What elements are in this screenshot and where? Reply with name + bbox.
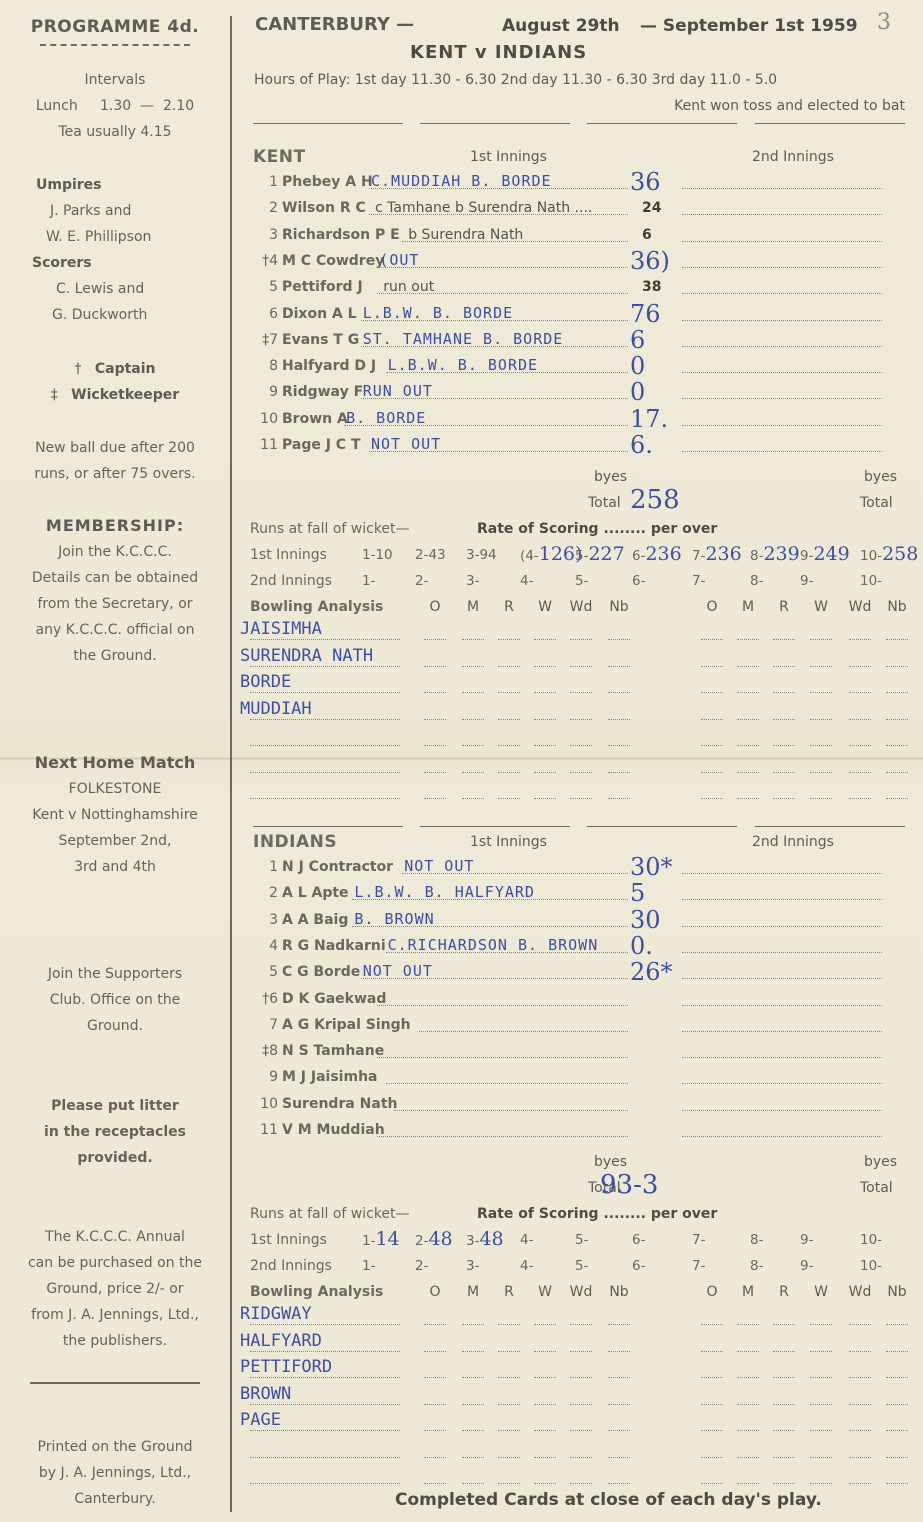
second-innings-dotted-line — [682, 1083, 882, 1084]
bowling-figure-blank — [462, 772, 484, 773]
umpire-1: J. Parks and — [36, 198, 230, 224]
second-innings-dotted-line — [682, 293, 882, 294]
rule — [253, 123, 403, 124]
runs-scored: 76 — [630, 300, 670, 328]
bowling-figure-blank — [534, 1351, 556, 1352]
batsman-name: M C Cowdrey — [282, 253, 384, 269]
dismissal: (OUT — [379, 251, 419, 269]
runs-scored: 6. — [630, 431, 670, 459]
fall-of-wicket: 4- — [520, 1258, 533, 1274]
bowling-column-header: W — [806, 1284, 836, 1300]
bowling-figure-blank — [886, 719, 908, 720]
text-line: FOLKESTONE — [0, 776, 230, 802]
fow-1st-label: 1st Innings — [250, 1232, 327, 1248]
fall-of-wicket: 10- — [860, 573, 882, 589]
bowling-figure-blank — [534, 1404, 556, 1405]
bowler-row: BORDE — [250, 678, 920, 704]
bowling-figure-blank — [886, 666, 908, 667]
annual-block: The K.C.C.C. Annualcan be purchased on t… — [0, 1224, 230, 1384]
bowling-figure-blank — [886, 1324, 908, 1325]
batting-position: 2 — [250, 200, 278, 216]
bowling-figure-blank — [424, 639, 446, 640]
dismissal: NOT OUT — [363, 962, 433, 980]
bowling-figure-blank — [570, 798, 592, 799]
batting-position: 10 — [250, 1096, 278, 1112]
bowling-figure-blank — [810, 666, 832, 667]
wicket-number: 10- — [860, 1232, 882, 1248]
bowling-figure-blank — [570, 1324, 592, 1325]
batsman-row: 3Richardson P Eb Surendra Nath6 — [250, 227, 920, 253]
bowling-figure-blank — [498, 639, 520, 640]
bowling-figure-blank — [534, 1430, 556, 1431]
batsman-row: 3A A BaigB. BROWN30 — [250, 912, 920, 938]
toss-result: Kent won toss and elected to bat — [674, 98, 905, 114]
bowling-figure-blank — [462, 745, 484, 746]
batsman-row: 6Dixon A LL.B.W. B. BORDE76 — [250, 306, 920, 332]
batsman-name: A G Kripal Singh — [282, 1017, 411, 1033]
text-line: the Ground. — [0, 643, 230, 669]
bowling-figure-blank — [498, 1324, 520, 1325]
batsman-name: Phebey A H — [282, 174, 373, 190]
bowling-figure-blank — [773, 1457, 795, 1458]
batsman-name: Ridgway F — [282, 384, 363, 400]
bowler-row — [250, 784, 920, 810]
wicketkeeper-symbol: ‡ — [51, 387, 58, 403]
batsman-row: †6D K Gaekwad — [250, 991, 920, 1017]
bowler-name-line — [250, 745, 400, 746]
membership-block: MEMBERSHIP: Join the K.C.C.C.Details can… — [0, 513, 230, 669]
rule — [253, 826, 403, 827]
fall-of-wicket: 7-236 — [692, 543, 742, 565]
bowling-figure-blank — [498, 1377, 520, 1378]
wicket-number: 5- — [575, 1232, 588, 1248]
second-innings-heading: 2nd Innings — [752, 149, 834, 165]
wicket-score: 43 — [428, 547, 445, 563]
fall-of-wicket: 2-43 — [415, 547, 446, 563]
batsman-row: ‡7Evans T GST. TAMHANE B. BORDE6 — [250, 332, 920, 358]
bowling-figure-blank — [701, 772, 723, 773]
second-innings-dotted-line — [682, 451, 882, 452]
bowling-figure-blank — [570, 772, 592, 773]
bowling-figure-blank — [498, 666, 520, 667]
bowling-figure-blank — [534, 719, 556, 720]
bowling-figure-blank — [810, 1324, 832, 1325]
fall-of-wicket: 6-236 — [632, 543, 682, 565]
wicket-score: 239 — [763, 543, 799, 565]
rule — [420, 826, 570, 827]
bowler-name-line — [250, 1351, 400, 1352]
bowling-figure-blank — [849, 772, 871, 773]
bowling-figure-blank — [498, 745, 520, 746]
bowling-figure-blank — [570, 1483, 592, 1484]
bowling-figure-blank — [462, 666, 484, 667]
runs-scored: 30* — [630, 853, 670, 881]
fall-of-wicket: 6- — [632, 1232, 645, 1248]
bowling-figure-blank — [608, 772, 630, 773]
text-line: any K.C.C.C. official on — [0, 617, 230, 643]
wicket-number: (4- — [520, 548, 539, 564]
bowling-figure-blank — [498, 719, 520, 720]
byes-label: byes — [594, 1154, 627, 1170]
innings-total: 258 — [630, 485, 680, 515]
bowling-column-header: M — [458, 1284, 488, 1300]
bowling-figure-blank — [608, 745, 630, 746]
bowling-figure-blank — [737, 719, 759, 720]
fall-of-wicket: 9-249 — [800, 543, 850, 565]
batsman-row: 8Halfyard D JL.B.W. B. BORDE0 — [250, 358, 920, 384]
batsman-row: 2A L ApteL.B.W. B. HALFYARD5 — [250, 885, 920, 911]
runs-scored: 6 — [642, 227, 682, 243]
bowling-figure-blank — [462, 1404, 484, 1405]
bowling-figure-blank — [849, 1483, 871, 1484]
fall-of-wicket: 5- — [575, 1232, 588, 1248]
bowling-figure-blank — [810, 798, 832, 799]
bowling-figure-blank — [424, 1483, 446, 1484]
wicket-number: 6- — [632, 548, 645, 564]
batsman-name: Page J C T — [282, 437, 361, 453]
text-line: Club. Office on the — [22, 987, 208, 1013]
bowling-figure-blank — [462, 1483, 484, 1484]
second-innings-dotted-line — [682, 899, 882, 900]
bowling-figure-blank — [737, 692, 759, 693]
bowling-figure-blank — [424, 1377, 446, 1378]
bowling-figure-blank — [810, 639, 832, 640]
membership-title: MEMBERSHIP: — [0, 513, 230, 539]
bowling-figure-blank — [570, 719, 592, 720]
fall-of-wicket: 7- — [692, 1258, 705, 1274]
second-innings-dotted-line — [682, 952, 882, 953]
bowling-figure-blank — [424, 1404, 446, 1405]
fall-of-wicket: 2-48 — [415, 1228, 453, 1250]
fall-of-wicket: 4- — [520, 573, 533, 589]
bowler-name: JAISIMHA — [240, 619, 322, 639]
bowling-figure-blank — [886, 1430, 908, 1431]
batsman-name: Pettiford J — [282, 279, 363, 295]
batting-position: 4 — [250, 938, 278, 954]
dismissal: RUN OUT — [363, 382, 433, 400]
batsman-row: 10Brown AB. BORDE17. — [250, 411, 920, 437]
bowling-figure-blank — [810, 719, 832, 720]
bowler-row: BROWN — [250, 1390, 920, 1416]
runs-scored: 38 — [642, 279, 682, 295]
fall-of-wicket: 1-14 — [362, 1228, 400, 1250]
wicket-number: 9- — [800, 548, 813, 564]
bowling-column-header: O — [697, 1284, 727, 1300]
runs-scored: 17. — [630, 405, 670, 433]
bowling-figure-blank — [701, 666, 723, 667]
hours-of-play: Hours of Play: 1st day 11.30 - 6.30 2nd … — [254, 72, 777, 88]
batsman-name: A A Baig — [282, 912, 348, 928]
second-innings-dotted-line — [682, 267, 882, 268]
second-innings-dotted-line — [682, 346, 882, 347]
match-title: KENT v INDIANS — [410, 42, 587, 63]
bowling-figure-blank — [608, 719, 630, 720]
printer-text: Printed on the Groundby J. A. Jennings, … — [24, 1434, 206, 1512]
fall-of-wicket: 9- — [800, 1232, 813, 1248]
wicket-number: 2- — [415, 1233, 428, 1249]
bowling-figure-blank — [701, 1324, 723, 1325]
batsman-row: 5C G BordeNOT OUT26* — [250, 964, 920, 990]
wicket-number: 3- — [466, 547, 479, 563]
second-innings-dotted-line — [682, 214, 882, 215]
wicket-number: 2- — [415, 547, 428, 563]
dismissal: c Tamhane b Surendra Nath .... — [375, 200, 592, 216]
bowling-figure-blank — [810, 745, 832, 746]
wicket-number: 7- — [692, 548, 705, 564]
dismissal: NOT OUT — [371, 435, 441, 453]
bowling-figure-blank — [737, 1377, 759, 1378]
lunch-time: Lunch 1.30 — 2.10 — [0, 93, 230, 119]
annual-text: The K.C.C.C. Annualcan be purchased on t… — [22, 1224, 208, 1354]
bowling-figure-blank — [424, 772, 446, 773]
dismissal: ST. TAMHANE B. BORDE — [363, 330, 564, 348]
bowling-figure-blank — [608, 798, 630, 799]
bowling-figure-blank — [534, 639, 556, 640]
bowling-figure-blank — [849, 798, 871, 799]
bowling-figure-blank — [608, 1404, 630, 1405]
text-line: Please put litter — [32, 1093, 198, 1119]
second-innings-dotted-line — [682, 398, 882, 399]
second-innings-dotted-line — [682, 1110, 882, 1111]
first-innings-heading: 1st Innings — [470, 149, 547, 165]
bowling-figure-blank — [424, 745, 446, 746]
text-line: Kent v Nottinghamshire — [0, 802, 230, 828]
wicket-score: 236 — [705, 543, 741, 565]
fall-of-wicket: (4-126) — [520, 543, 582, 565]
dismissal: C.MUDDIAH B. BORDE — [371, 172, 552, 190]
bowling-figure-blank — [773, 1430, 795, 1431]
bowling-figure-blank — [849, 692, 871, 693]
bowling-figure-blank — [608, 1430, 630, 1431]
wicket-number: 5- — [575, 548, 588, 564]
bowling-figure-blank — [462, 692, 484, 693]
bowling-figure-blank — [534, 1377, 556, 1378]
bowling-figure-blank — [810, 772, 832, 773]
bowling-figure-blank — [773, 639, 795, 640]
litter-block: Please put litterin the receptaclesprovi… — [0, 1093, 230, 1171]
fow-2nd-label: 2nd Innings — [250, 1258, 332, 1274]
bowling-figure-blank — [608, 639, 630, 640]
second-innings-dotted-line — [682, 372, 882, 373]
bowling-column-header: Wd — [566, 1284, 596, 1300]
dismissal: NOT OUT — [404, 857, 474, 875]
bowling-figure-blank — [608, 1351, 630, 1352]
text-line: can be purchased on the — [22, 1250, 208, 1276]
bowling-column-header: W — [530, 1284, 560, 1300]
bowling-figure-blank — [424, 1457, 446, 1458]
bowler-name: SURENDRA NATH — [240, 646, 373, 666]
bowling-figure-blank — [737, 1430, 759, 1431]
bowling-column-header: Nb — [882, 599, 912, 615]
batsman-name: Surendra Nath — [282, 1096, 398, 1112]
total-label-2nd: Total — [860, 1180, 893, 1196]
bowling-column-header: O — [420, 599, 450, 615]
wicket-score: 48 — [428, 1228, 452, 1250]
wicket-number: 4- — [520, 1232, 533, 1248]
bowling-figure-blank — [701, 1430, 723, 1431]
fow-2nd-label: 2nd Innings — [250, 573, 332, 589]
rate-of-scoring: Rate of Scoring ........ per over — [477, 521, 717, 537]
bowling-figure-blank — [570, 639, 592, 640]
runs-scored: 26* — [630, 958, 670, 986]
bowling-figure-blank — [534, 1324, 556, 1325]
bowler-row — [250, 758, 920, 784]
bowling-figure-blank — [773, 719, 795, 720]
bowling-figure-blank — [608, 1457, 630, 1458]
batsman-name: M J Jaisimha — [282, 1069, 377, 1085]
bowling-figure-blank — [849, 1457, 871, 1458]
batting-position: 11 — [250, 437, 278, 453]
wicket-score: 258 — [882, 543, 918, 565]
batsman-name: Richardson P E — [282, 227, 400, 243]
scorer-2: G. Duckworth — [36, 302, 230, 328]
rule — [587, 826, 737, 827]
batting-position: 11 — [250, 1122, 278, 1138]
bowling-figure-blank — [424, 1351, 446, 1352]
total-label-2nd: Total — [860, 495, 893, 511]
fall-of-wicket: 1- — [362, 573, 375, 589]
membership-text: Join the K.C.C.C.Details can be obtained… — [0, 539, 230, 669]
bowling-figure-blank — [810, 1404, 832, 1405]
bowling-figure-blank — [773, 1351, 795, 1352]
batting-position: †4 — [250, 253, 278, 269]
bowling-column-header: M — [733, 1284, 763, 1300]
batting-position: 6 — [250, 306, 278, 322]
bowling-figure-blank — [534, 1457, 556, 1458]
batting-position: 2 — [250, 885, 278, 901]
second-innings-dotted-line — [682, 1057, 882, 1058]
runs-scored: 6 — [630, 326, 670, 354]
officials-block: Umpires J. Parks and W. E. Phillipson Sc… — [0, 172, 230, 328]
bowling-figure-blank — [773, 1377, 795, 1378]
page-mark: 3 — [877, 10, 891, 35]
bowling-figure-blank — [773, 772, 795, 773]
batting-position: 3 — [250, 912, 278, 928]
bowler-name-line — [250, 1404, 400, 1405]
fall-of-wicket: 3-48 — [466, 1228, 504, 1250]
bowling-figure-blank — [701, 1377, 723, 1378]
fall-of-wicket: 9- — [800, 573, 813, 589]
runs-scored: 5 — [630, 879, 670, 907]
bowling-figure-blank — [810, 1430, 832, 1431]
text-line: Ground, price 2/- or — [22, 1276, 208, 1302]
second-innings-heading: 2nd Innings — [752, 834, 834, 850]
venue: CANTERBURY — — [255, 14, 414, 35]
bowling-figure-blank — [849, 745, 871, 746]
wicket-number: 1- — [362, 1233, 375, 1249]
bowling-figure-blank — [534, 692, 556, 693]
fall-of-wicket: 5- — [575, 573, 588, 589]
batsman-name: Dixon A L — [282, 306, 357, 322]
bowling-figure-blank — [608, 1377, 630, 1378]
dotted-line — [377, 1005, 628, 1006]
bowling-figure-blank — [773, 745, 795, 746]
bowling-column-header: Wd — [566, 599, 596, 615]
bowler-name-line — [250, 1430, 400, 1431]
bowling-figure-blank — [498, 798, 520, 799]
litter-text: Please put litterin the receptaclesprovi… — [32, 1093, 198, 1171]
bowling-figure-blank — [608, 666, 630, 667]
dotted-line — [386, 1083, 628, 1084]
fall-of-wicket: 4- — [520, 1232, 533, 1248]
bowling-column-header: O — [697, 599, 727, 615]
wicket-number: 8- — [750, 1232, 763, 1248]
fall-of-wicket: 2- — [415, 573, 428, 589]
fall-of-wicket: 1- — [362, 1258, 375, 1274]
bowling-figure-blank — [498, 1483, 520, 1484]
second-innings-dotted-line — [682, 926, 882, 927]
wicketkeeper-label: Wicketkeeper — [71, 387, 179, 403]
fall-of-wicket: 6- — [632, 573, 645, 589]
bowling-analysis-title: Bowling Analysis — [250, 599, 383, 615]
bowler-name: MUDDIAH — [240, 699, 312, 719]
bowling-column-header: R — [494, 1284, 524, 1300]
bowling-figure-blank — [534, 772, 556, 773]
bowler-name-line — [250, 666, 400, 667]
fall-of-wicket: 8- — [750, 573, 763, 589]
bowler-name-line — [250, 1377, 400, 1378]
batsman-row: 10Surendra Nath — [250, 1096, 920, 1122]
second-innings-dotted-line — [682, 188, 882, 189]
bowler-name: PETTIFORD — [240, 1357, 332, 1377]
text-line: by J. A. Jennings, Ltd., — [24, 1460, 206, 1486]
batsman-name: Halfyard D J — [282, 358, 376, 374]
bowling-column-header: M — [733, 599, 763, 615]
bowling-figure-blank — [773, 1483, 795, 1484]
bowler-name-line — [250, 772, 400, 773]
dotted-line — [419, 1031, 628, 1032]
batsman-row: 2Wilson R Cc Tamhane b Surendra Nath ...… — [250, 200, 920, 226]
batsman-name: D K Gaekwad — [282, 991, 386, 1007]
batsman-name: N J Contractor — [282, 859, 393, 875]
umpire-2: W. E. Phillipson — [36, 224, 230, 250]
batsman-row: 9Ridgway FRUN OUT0 — [250, 384, 920, 410]
bowling-figure-blank — [424, 798, 446, 799]
wicket-number: 6- — [632, 1232, 645, 1248]
bowling-figure-blank — [849, 639, 871, 640]
dismissal: B. BORDE — [346, 409, 426, 427]
printer-block: Printed on the Groundby J. A. Jennings, … — [0, 1434, 230, 1512]
dismissal: run out — [383, 279, 434, 295]
bowling-figure-blank — [737, 1483, 759, 1484]
supporters-block: Join the SupportersClub. Office on theGr… — [0, 961, 230, 1039]
bowling-figure-blank — [498, 772, 520, 773]
bowling-figure-blank — [424, 1324, 446, 1325]
wicket-score: 48 — [479, 1228, 503, 1250]
batsman-row: 9M J Jaisimha — [250, 1069, 920, 1095]
dotted-line — [377, 1057, 628, 1058]
bowling-figure-blank — [570, 1351, 592, 1352]
scorers-title: Scorers — [32, 250, 230, 276]
text-line: Join the K.C.C.C. — [0, 539, 230, 565]
rule — [587, 123, 737, 124]
fall-of-wicket: 7- — [692, 573, 705, 589]
bowling-column-header: O — [420, 1284, 450, 1300]
bowling-figure-blank — [462, 1351, 484, 1352]
batsman-name: Evans T G — [282, 332, 359, 348]
batsman-row: 5Pettiford Jrun out38 — [250, 279, 920, 305]
bowling-figure-blank — [498, 1351, 520, 1352]
batting-position: 5 — [250, 279, 278, 295]
bowling-column-header: W — [530, 599, 560, 615]
batting-position: ‡7 — [250, 332, 278, 348]
fall-of-wicket: 3- — [466, 1258, 479, 1274]
runs-scored: 0 — [630, 378, 670, 406]
total-label: Total — [588, 495, 621, 511]
new-ball-note: New ball due after 200 runs, or after 75… — [0, 435, 230, 487]
fow-1st-label: 1st Innings — [250, 547, 327, 563]
bowling-figure-blank — [570, 1457, 592, 1458]
